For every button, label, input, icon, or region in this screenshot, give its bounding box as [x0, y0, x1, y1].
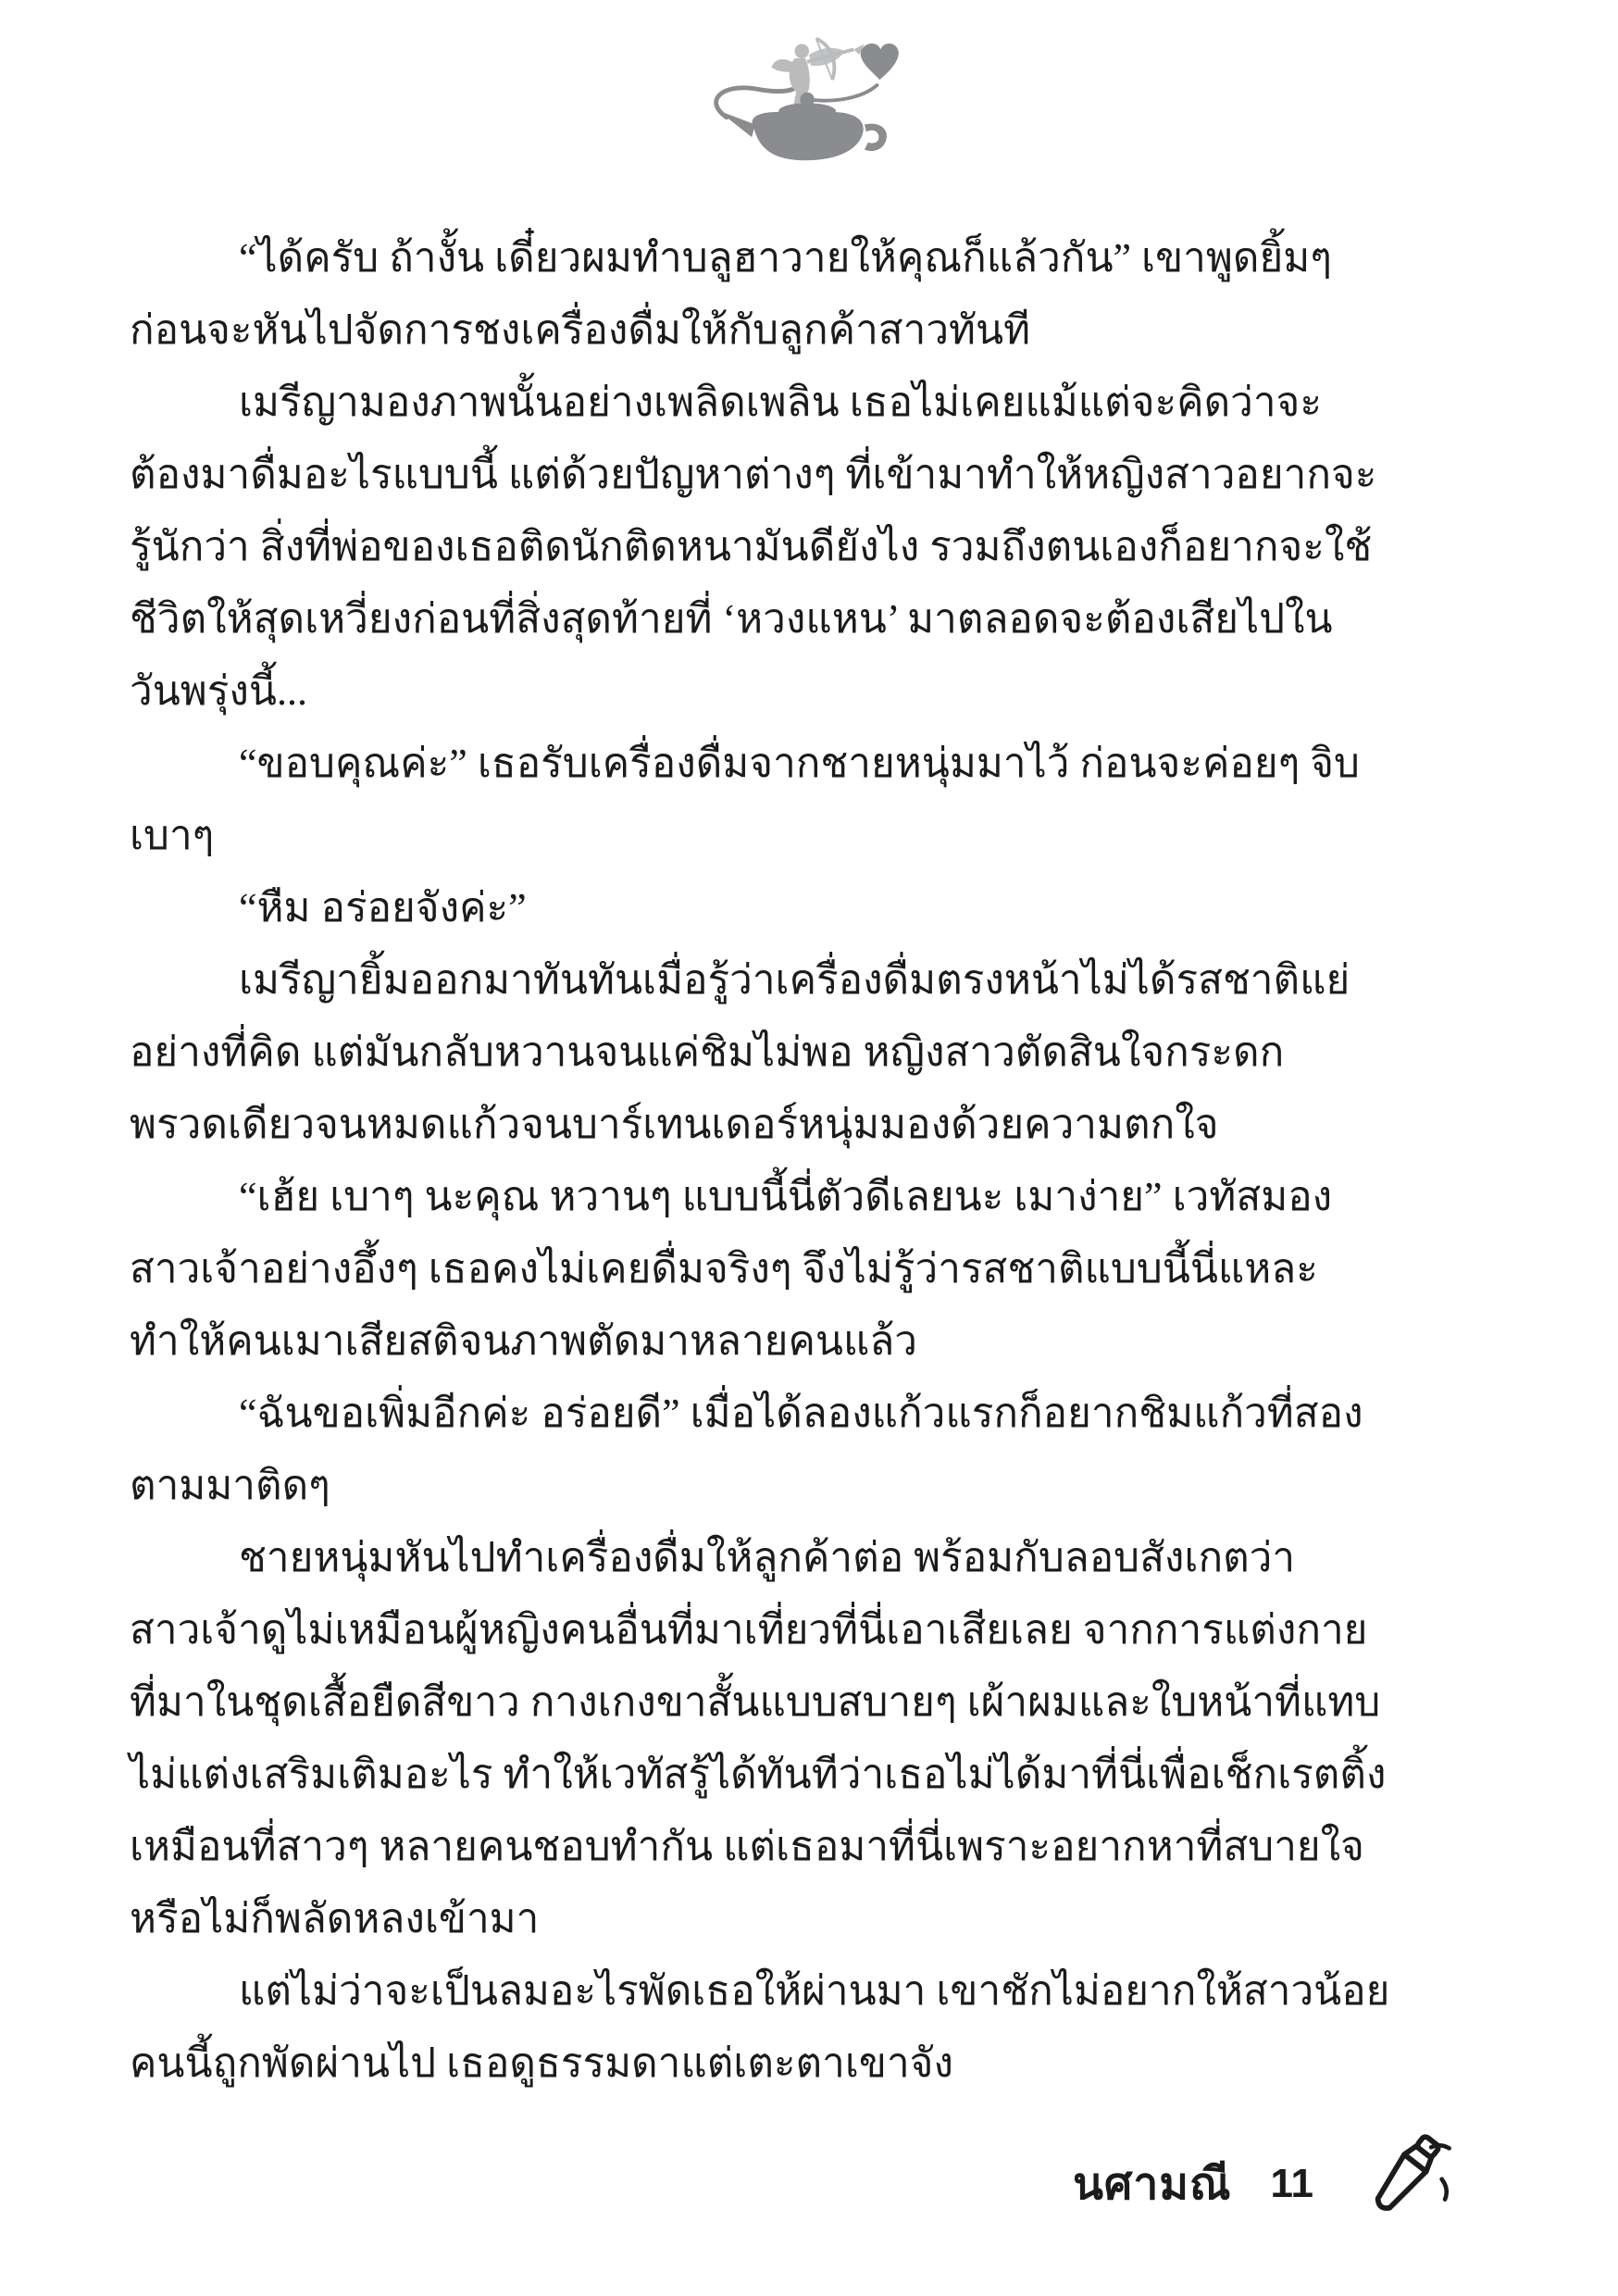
text-line: ต้องมาดื่มอะไรแบบนี้ แต่ด้วยปัญหาต่างๆ ท…: [130, 439, 1490, 511]
text-line: ชีวิตให้สุดเหวี่ยงก่อนที่สิ่งสุดท้ายที่ …: [130, 583, 1490, 655]
text-line: ไม่แต่งเสริมเติมอะไร ทำให้เวทัสรู้ได้ทัน…: [130, 1739, 1490, 1811]
text-line: วันพรุ่งนี้...: [130, 655, 1490, 728]
text-line: สาวเจ้าอย่างอึ้งๆ เธอคงไม่เคยดื่มจริงๆ จ…: [130, 1233, 1490, 1305]
text-line: พรวดเดียวจนหมดแก้วจนบาร์เทนเดอร์หนุ่มมอง…: [130, 1089, 1490, 1161]
text-line: เหมือนที่สาวๆ หลายคนชอบทำกัน แต่เธอมาที่…: [130, 1811, 1490, 1883]
text-line: อย่างที่คิด แต่มันกลับหวานจนแค่ชิมไม่พอ …: [130, 1017, 1490, 1089]
cupid-genie-lamp-icon: [693, 31, 925, 166]
text-line: ทำให้คนเมาเสียสติจนภาพตัดมาหลายคนแล้ว: [130, 1305, 1490, 1378]
text-line: สาวเจ้าดูไม่เหมือนผู้หญิงคนอื่นที่มาเที่…: [130, 1594, 1490, 1666]
text-line: เมรีญามองภาพนั้นอย่างเพลิดเพลิน เธอไม่เค…: [130, 367, 1490, 439]
text-line: ตามมาติดๆ: [130, 1450, 1490, 1522]
text-line: “ฉันขอเพิ่มอีกค่ะ อร่อยดี” เมื่อได้ลองแก…: [130, 1378, 1490, 1450]
page-footer: นศามณี 11: [1073, 2137, 1459, 2230]
text-line: หรือไม่ก็พลัดหลงเข้ามา: [130, 1883, 1490, 1955]
page-number: 11: [1270, 2161, 1313, 2207]
book-page: “ได้ครับ ถ้างั้น เดี๋ยวผมทำบลูฮาวายให้คุ…: [0, 0, 1618, 2296]
text-line: คนนี้ถูกพัดผ่านไป เธอดูธรรมดาแต่เตะตาเขา…: [130, 2028, 1490, 2100]
text-line: ก่อนจะหันไปจัดการชงเครื่องดื่มให้กับลูกค…: [130, 294, 1490, 367]
book-title: นศามณี: [1073, 2149, 1231, 2219]
page-text: “ได้ครับ ถ้างั้น เดี๋ยวผมทำบลูฮาวายให้คุ…: [130, 222, 1490, 2100]
text-line: รู้นักว่า สิ่งที่พ่อของเธอติดนักติดหนามั…: [130, 511, 1490, 583]
text-line: เบาๆ: [130, 800, 1490, 872]
text-line: “หืม อร่อยจังค่ะ”: [130, 872, 1490, 944]
text-line: “เฮ้ย เบาๆ นะคุณ หวานๆ แบบนี้นี่ตัวดีเลย…: [130, 1161, 1490, 1233]
text-line: ที่มาในชุดเสื้อยืดสีขาว กางเกงขาสั้นแบบส…: [130, 1666, 1490, 1739]
text-line: ชายหนุ่มหันไปทำเครื่องดื่มให้ลูกค้าต่อ พ…: [130, 1522, 1490, 1594]
cocktail-shaker-icon: [1352, 2124, 1459, 2230]
text-line: แต่ไม่ว่าจะเป็นลมอะไรพัดเธอให้ผ่านมา เขา…: [130, 1955, 1490, 2028]
text-line: เมรีญายิ้มออกมาทันทันเมื่อรู้ว่าเครื่องด…: [130, 944, 1490, 1017]
text-line: “ขอบคุณค่ะ” เธอรับเครื่องดื่มจากชายหนุ่ม…: [130, 728, 1490, 800]
text-line: “ได้ครับ ถ้างั้น เดี๋ยวผมทำบลูฮาวายให้คุ…: [130, 222, 1490, 294]
